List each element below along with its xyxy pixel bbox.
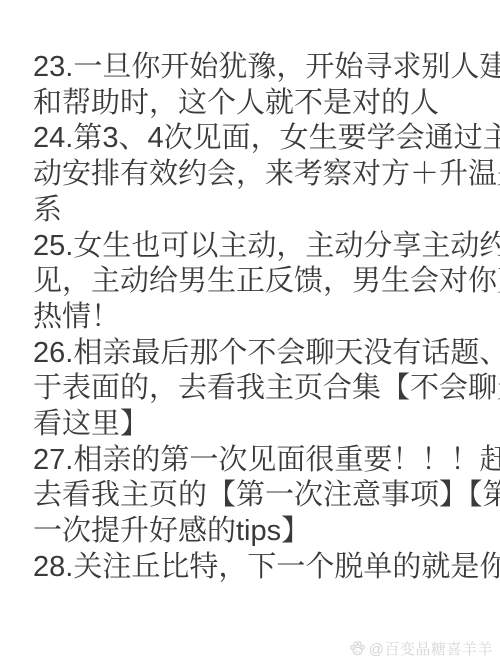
text-line: 27.相亲的第一次见面很重要！！！赶紧 [33, 443, 478, 479]
text-line: 看这里】 [33, 407, 478, 443]
text-line: 28.关注丘比特，下一个脱单的就是你！ [33, 550, 478, 586]
text-line: 23.一旦你开始犹豫，开始寻求别人建议 [33, 50, 478, 86]
text-line: 24.第3、4次见面，女生要学会通过主 [33, 121, 478, 157]
text-line: 去看我主页的【第一次注意事项】【第 [33, 478, 478, 514]
text-line: 见，主动给男生正反馈，男生会对你更 [33, 264, 478, 300]
watermark-text: @百变晶糖喜羊羊 [369, 638, 493, 659]
text-line: 和帮助时，这个人就不是对的人 [33, 86, 478, 122]
svg-text:du: du [354, 649, 360, 654]
text-line: 于表面的，去看我主页合集【不会聊天 [33, 371, 478, 407]
text-line: 系 [33, 193, 478, 229]
text-line: 26.相亲最后那个不会聊天没有话题、浮 [33, 336, 478, 372]
watermark: du @百变晶糖喜羊羊 [349, 638, 493, 659]
note-image-page: 23.一旦你开始犹豫，开始寻求别人建议 和帮助时，这个人就不是对的人 24.第3… [0, 0, 500, 667]
text-line: 动安排有效约会，来考察对方＋升温关 [33, 157, 478, 193]
paw-logo-icon: du [349, 640, 366, 657]
text-line: 25.女生也可以主动，主动分享主动约 [33, 229, 478, 265]
text-line: 热情！ [33, 300, 478, 336]
tips-text-block: 23.一旦你开始犹豫，开始寻求别人建议 和帮助时，这个人就不是对的人 24.第3… [33, 50, 478, 586]
text-line: 一次提升好感的tips】 [33, 514, 478, 550]
